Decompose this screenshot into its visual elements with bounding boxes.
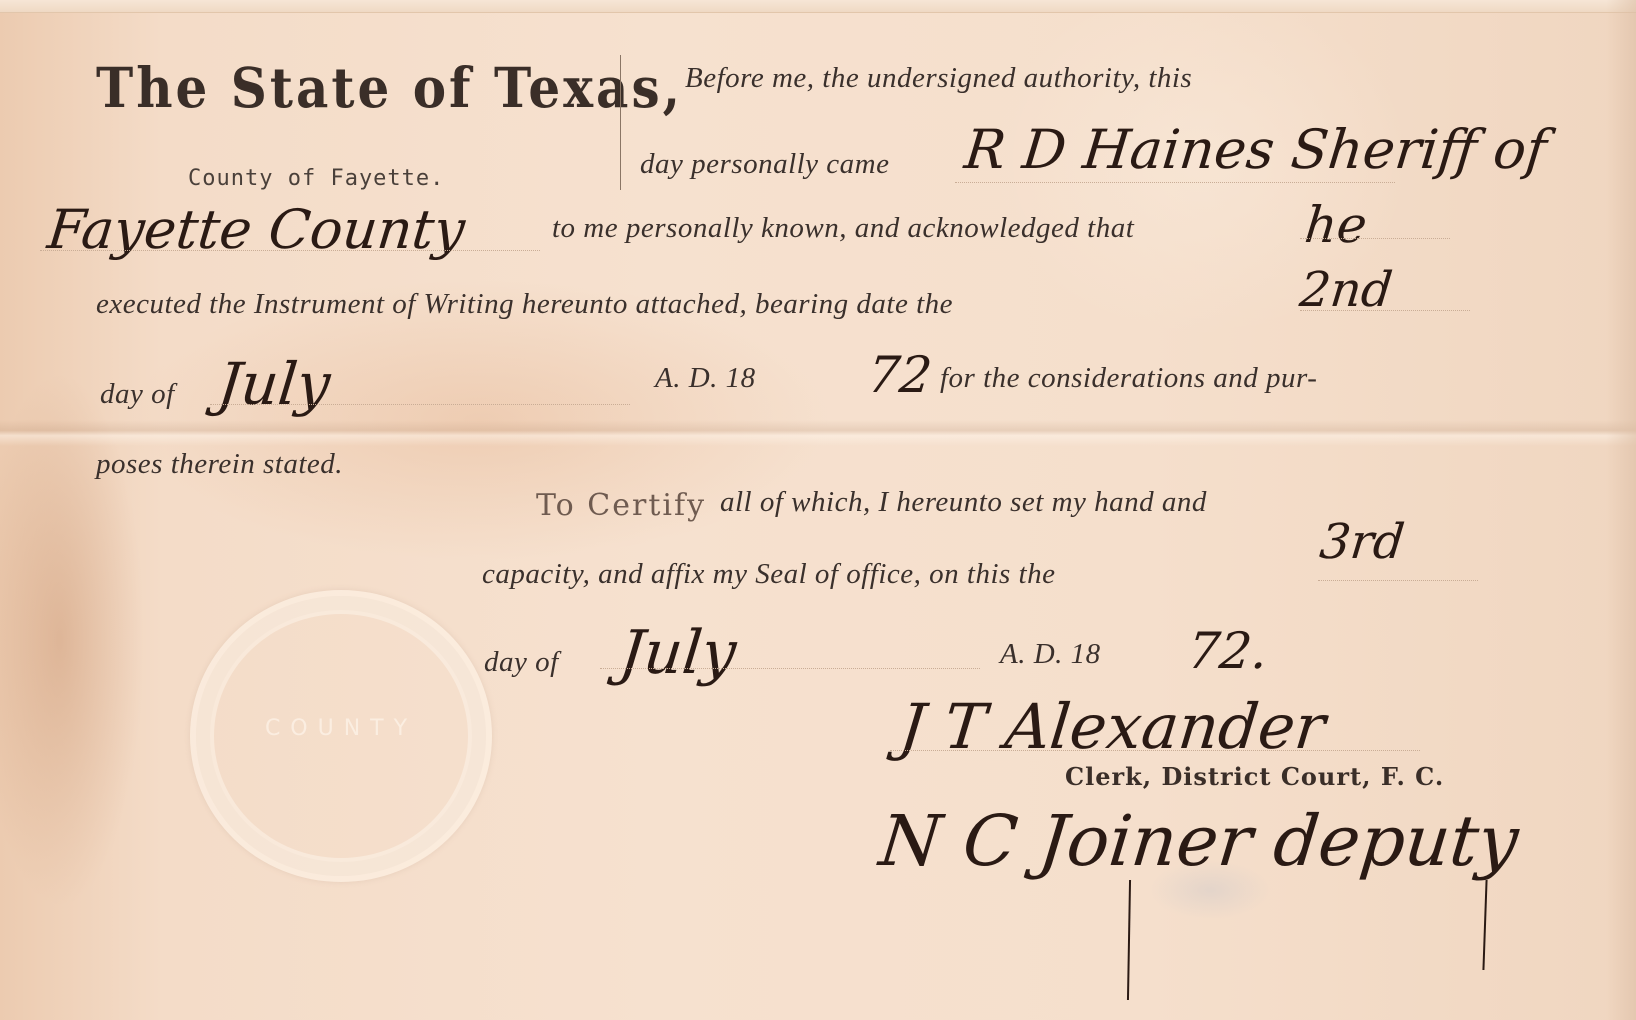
ack-line-6: poses therein stated. <box>96 448 343 481</box>
handwritten-month-july-1: July <box>214 350 333 418</box>
signature-line <box>890 750 1420 751</box>
cert-line-3-start: day of <box>484 646 559 679</box>
ack-line-1: Before me, the undersigned authority, th… <box>685 62 1192 95</box>
blank-line-day <box>1300 310 1470 311</box>
paper-fold <box>0 420 1636 446</box>
cert-line-2: capacity, and affix my Seal of office, o… <box>482 558 1055 591</box>
handwritten-year-1: 72 <box>865 346 935 404</box>
cert-line-3-ad: A. D. 18 <box>1000 638 1101 671</box>
to-certify-heading: To Certify <box>536 488 706 523</box>
ack-line-5-start: day of <box>100 378 175 411</box>
ack-line-5-end: for the considerations and pur- <box>940 362 1317 395</box>
blank-line-pronoun <box>1300 238 1450 239</box>
county-line: County of Fayette. <box>188 166 444 191</box>
ack-line-4-printed: executed the Instrument of Writing hereu… <box>96 288 953 321</box>
seal-text: COUNTY <box>196 716 486 741</box>
handwritten-year-2: 72. <box>1185 622 1271 680</box>
ack-line-5-ad: A. D. 18 <box>655 362 756 395</box>
handwritten-name: R D Haines Sheriff of <box>962 118 1550 181</box>
cert-line-1: all of which, I hereunto set my hand and <box>720 486 1207 519</box>
deputy-signature: N C Joiner deputy <box>876 800 1523 882</box>
handwritten-county: Fayette County <box>45 198 468 261</box>
blank-line-county <box>40 250 540 251</box>
blank-line-name <box>955 182 1395 183</box>
ack-line-3-printed: to me personally known, and acknowledged… <box>552 212 1134 245</box>
top-page-edge <box>0 0 1636 13</box>
blank-line-day-2 <box>1318 580 1478 581</box>
ack-line-2-printed: day personally came <box>640 148 890 181</box>
handwritten-pronoun: he <box>1302 196 1370 254</box>
embossed-seal: COUNTY <box>190 590 492 882</box>
clerk-signature: J T Alexander <box>896 690 1328 763</box>
blank-line-month-2 <box>600 668 980 669</box>
handwritten-month-july-2: July <box>616 618 739 688</box>
clerk-title: Clerk, District Court, F. C. <box>1065 762 1444 791</box>
heading-divider <box>620 55 621 190</box>
document-heading: The State of Texas, <box>96 55 683 120</box>
blank-line-month <box>210 404 630 405</box>
handwritten-day-3rd: 3rd <box>1317 514 1407 570</box>
right-page-edge <box>1606 0 1636 1020</box>
